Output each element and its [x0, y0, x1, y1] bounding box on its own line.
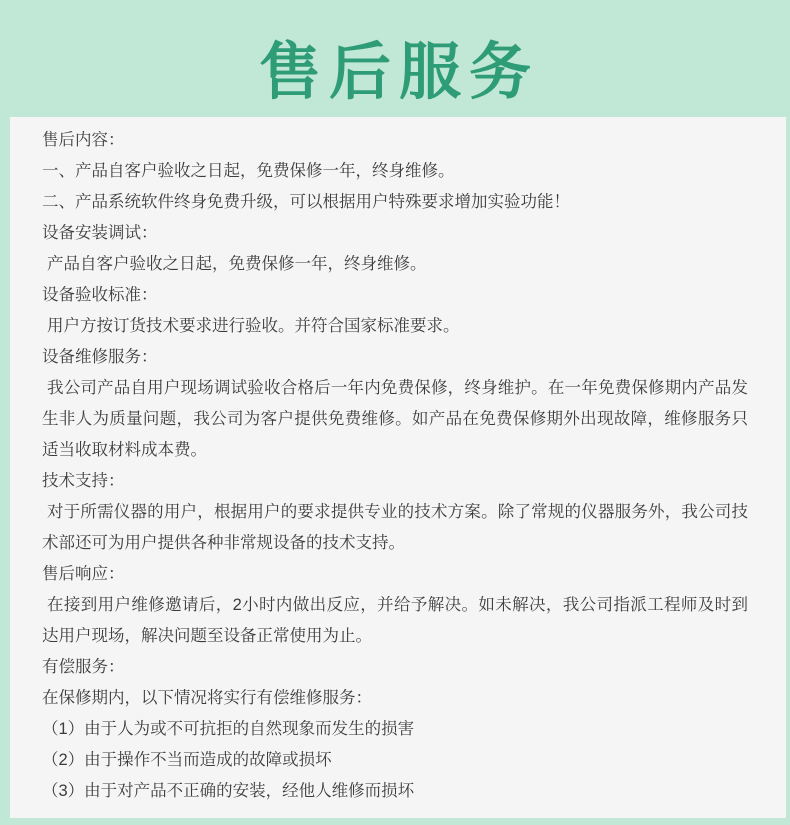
- section-heading: 售后内容：: [42, 125, 748, 156]
- section-heading: 设备安装调试：: [42, 218, 748, 249]
- after-sales-service-page: 售后服务 售后内容： 一、产品自客户验收之日起，免费保修一年，终身维修。 二、产…: [0, 0, 790, 825]
- section-maintenance-service: 设备维修服务： 我公司产品自用户现场调试验收合格后一年内免费保修，终身维护。在一…: [42, 342, 748, 466]
- section-acceptance-standard: 设备验收标准： 用户方按订货技术要求进行验收。并符合国家标准要求。: [42, 280, 748, 342]
- header-banner: 售后服务: [0, 0, 790, 117]
- section-heading: 设备验收标准：: [42, 280, 748, 311]
- numbered-line: 一、产品自客户验收之日起，免费保修一年，终身维修。: [42, 156, 748, 187]
- page-title: 售后服务: [251, 22, 539, 111]
- section-paragraph: 对于所需仪器的用户，根据用户的要求提供专业的技术方案。除了常规的仪器服务外，我公…: [42, 497, 748, 559]
- list-item: （2）由于操作不当而造成的故障或损坏: [42, 745, 748, 776]
- section-response: 售后响应： 在接到用户维修邀请后，2小时内做出反应，并给予解决。如未解决，我公司…: [42, 559, 748, 652]
- section-paragraph: 用户方按订货技术要求进行验收。并符合国家标准要求。: [42, 311, 748, 342]
- section-technical-support: 技术支持： 对于所需仪器的用户，根据用户的要求提供专业的技术方案。除了常规的仪器…: [42, 466, 748, 559]
- section-paid-service: 有偿服务： 在保修期内，以下情况将实行有偿维修服务： （1）由于人为或不可抗拒的…: [42, 652, 748, 807]
- section-installation-debugging: 设备安装调试： 产品自客户验收之日起，免费保修一年，终身维修。: [42, 218, 748, 280]
- list-item: （1）由于人为或不可抗拒的自然现象而发生的损害: [42, 714, 748, 745]
- section-paragraph: 在接到用户维修邀请后，2小时内做出反应，并给予解决。如未解决，我公司指派工程师及…: [42, 590, 748, 652]
- section-intro-line: 在保修期内，以下情况将实行有偿维修服务：: [42, 683, 748, 714]
- section-paragraph: 产品自客户验收之日起，免费保修一年，终身维修。: [42, 249, 748, 280]
- section-paragraph: 我公司产品自用户现场调试验收合格后一年内免费保修，终身维护。在一年免费保修期内产…: [42, 373, 748, 466]
- content-panel: 售后内容： 一、产品自客户验收之日起，免费保修一年，终身维修。 二、产品系统软件…: [10, 117, 786, 818]
- section-heading: 技术支持：: [42, 466, 748, 497]
- section-heading: 售后响应：: [42, 559, 748, 590]
- section-heading: 有偿服务：: [42, 652, 748, 683]
- section-heading: 设备维修服务：: [42, 342, 748, 373]
- section-after-sales-content: 售后内容： 一、产品自客户验收之日起，免费保修一年，终身维修。 二、产品系统软件…: [42, 125, 748, 218]
- list-item: （3）由于对产品不正确的安装，经他人维修而损坏: [42, 776, 748, 807]
- numbered-line: 二、产品系统软件终身免费升级，可以根据用户特殊要求增加实验功能！: [42, 187, 748, 218]
